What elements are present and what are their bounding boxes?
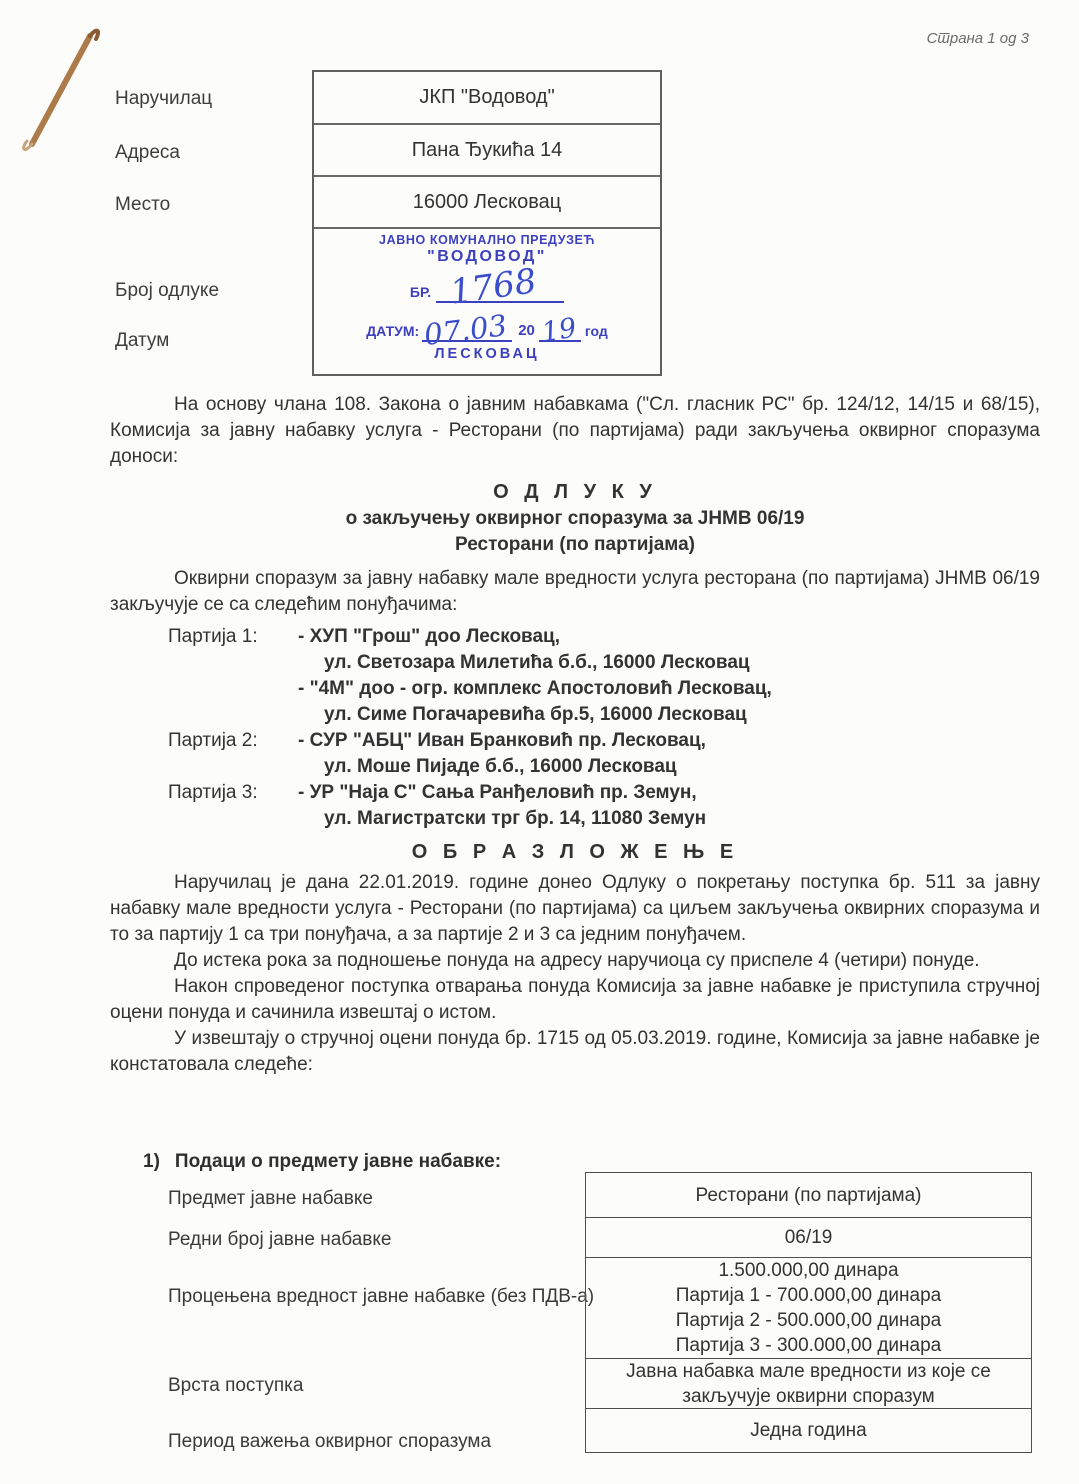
decision-title: О Д Л У К У xyxy=(110,478,1040,506)
row-label-vrsta-postupka: Врста поступка xyxy=(168,1372,303,1399)
lot-2-bidder-1-address: ул. Моше Пијаде б.б., 16000 Лесковац xyxy=(298,754,1040,780)
lots-list: Партија 1: - ХУП "Грош" доо Лесковац, ул… xyxy=(110,624,1040,832)
address-value-cell: Пана Ђукића 14 xyxy=(314,125,660,177)
table-row-period-vazenja: Једна година xyxy=(586,1408,1031,1452)
customer-value: ЈКП "Водовод" xyxy=(419,86,554,109)
pen-mark-icon xyxy=(18,12,114,162)
lot-3-bidder-1-name: - УР "Наја С" Сања Ранђеловић пр. Земун, xyxy=(298,780,1040,806)
decision-subtitle-2: Ресторани (по партијама) xyxy=(110,532,1040,558)
field-label-broj-odluke: Број одлуке xyxy=(115,280,219,302)
stamp-year-handwritten: 19 xyxy=(540,313,579,349)
field-label-mesto: Место xyxy=(115,194,170,216)
value-redni-broj: 06/19 xyxy=(785,1225,833,1250)
lot-2-label: Партија 2: xyxy=(168,728,298,780)
value-predmet: Ресторани (по партијама) xyxy=(695,1183,921,1208)
rationale-paragraph-4: У извештају о стручној оцени понуда бр. … xyxy=(110,1026,1040,1078)
table-row-vrsta-postupka: Јавна набавка мале вредности из које се … xyxy=(586,1358,1031,1408)
value-vrsta-postupka: Јавна набавка мале вредности из које се … xyxy=(594,1359,1023,1409)
address-value: Пана Ђукића 14 xyxy=(412,139,563,162)
field-label-datum: Датум xyxy=(115,330,169,352)
city-value-cell: 16000 Лесковац xyxy=(314,177,660,229)
stamp-date-suffix: год xyxy=(585,323,608,342)
stamp-city: ЛЕСКОВАЦ xyxy=(314,346,660,362)
stamp-number-line: 1768 xyxy=(436,264,564,303)
section-1-heading: 1) Подаци о предмету јавне набавке: xyxy=(143,1151,501,1173)
lot-1-label: Партија 1: xyxy=(168,624,298,728)
lot-1-bidder-2-name: - "4М" доо - огр. комплекс Апостоловић Л… xyxy=(298,676,1040,702)
lot-row-3: Партија 3: - УР "Наја С" Сања Ранђеловић… xyxy=(110,780,1040,832)
customer-value-cell: ЈКП "Водовод" xyxy=(314,72,660,125)
lot-1-bidder-1-name: - ХУП "Грош" доо Лесковац, xyxy=(298,624,1040,650)
page-number: Страна 1 од 3 xyxy=(927,30,1029,47)
stamp-date-row: ДАТУМ: 07.03 20 19 год xyxy=(314,306,660,342)
framework-paragraph: Оквирни споразум за јавну набавку мале в… xyxy=(110,566,1040,618)
lot-row-1: Партија 1: - ХУП "Грош" доо Лесковац, ул… xyxy=(110,624,1040,728)
value-partija-1: Партија 1 - 700.000,00 динара xyxy=(676,1283,941,1308)
row-label-predmet: Предмет јавне набавке xyxy=(168,1185,373,1212)
stamp-date-label: ДАТУМ: xyxy=(366,323,419,342)
stamp-number-row: БР. 1768 xyxy=(314,266,660,303)
table-row-predmet: Ресторани (по партијама) xyxy=(586,1173,1031,1217)
lot-2-bidder-1-name: - СУР "АБЦ" Иван Бранковић пр. Лесковац, xyxy=(298,728,1040,754)
company-stamp: ЈАВНО КОМУНАЛНО ПРЕДУЗЕЋ "ВОДОВОД" БР. 1… xyxy=(314,233,660,374)
lot-row-2: Партија 2: - СУР "АБЦ" Иван Бранковић пр… xyxy=(110,728,1040,780)
row-label-period-vazenja: Период важења оквирног споразума xyxy=(168,1428,491,1455)
city-value: 16000 Лесковац xyxy=(413,191,562,214)
stamp-year-line: 19 xyxy=(539,304,581,342)
stamp-number-label: БР. xyxy=(410,284,431,303)
document-body: На основу члана 108. Закона о јавним наб… xyxy=(110,392,1040,1078)
section-1-number: 1) xyxy=(143,1151,160,1173)
procurement-info-table: Ресторани (по партијама) 06/19 1.500.000… xyxy=(585,1172,1032,1453)
lot-1-bidder-2-address: ул. Симе Погачаревића бр.5, 16000 Лесков… xyxy=(298,702,1040,728)
decision-subtitle-1: о закључењу оквирног споразума за ЈНМВ 0… xyxy=(110,506,1040,532)
row-label-procenjena-vrednost: Процењена вредност јавне набавке (без ПД… xyxy=(168,1283,598,1310)
value-partija-2: Партија 2 - 500.000,00 динара xyxy=(676,1308,941,1333)
table-row-redni-broj: 06/19 xyxy=(586,1217,1031,1257)
field-label-adresa: Адреса xyxy=(115,142,180,164)
stamp-date-line: 07.03 xyxy=(422,304,512,342)
lot-3-bidder-1-address: ул. Магистратски трг бр. 14, 11080 Земун xyxy=(298,806,1040,832)
stamp-company-type: ЈАВНО КОМУНАЛНО ПРЕДУЗЕЋ xyxy=(314,233,660,247)
value-partija-3: Партија 3 - 300.000,00 динара xyxy=(676,1333,941,1358)
row-label-redni-broj: Редни број јавне набавке xyxy=(168,1226,391,1253)
value-ukupno: 1.500.000,00 динара xyxy=(718,1258,898,1283)
rationale-title: О Б Р А З Л О Ж Е Њ Е xyxy=(110,838,1040,866)
rationale-paragraph-2: До истека рока за подношење понуда на ад… xyxy=(110,948,1040,974)
field-label-narucilac: Наручилац xyxy=(115,88,212,110)
rationale-paragraph-1: Наручилац је дана 22.01.2019. године дон… xyxy=(110,870,1040,948)
section-1-title: Подаци о предмету јавне набавке: xyxy=(175,1151,501,1173)
value-period-vazenja: Једна година xyxy=(750,1418,867,1443)
lot-3-label: Партија 3: xyxy=(168,780,298,832)
stamp-date-century: 20 xyxy=(518,322,535,342)
rationale-paragraph-3: Након спроведеног поступка отварања пону… xyxy=(110,974,1040,1026)
lot-1-bidder-1-address: ул. Светозара Милетића б.б., 16000 Леско… xyxy=(298,650,1040,676)
header-box: ЈКП "Водовод" Пана Ђукића 14 16000 Леско… xyxy=(312,70,662,376)
document-page: Страна 1 од 3 Наручилац Адреса Место Бро… xyxy=(0,0,1079,1484)
intro-paragraph: На основу члана 108. Закона о јавним наб… xyxy=(110,392,1040,470)
table-row-procenjena-vrednost: 1.500.000,00 динара Партија 1 - 700.000,… xyxy=(586,1257,1031,1358)
